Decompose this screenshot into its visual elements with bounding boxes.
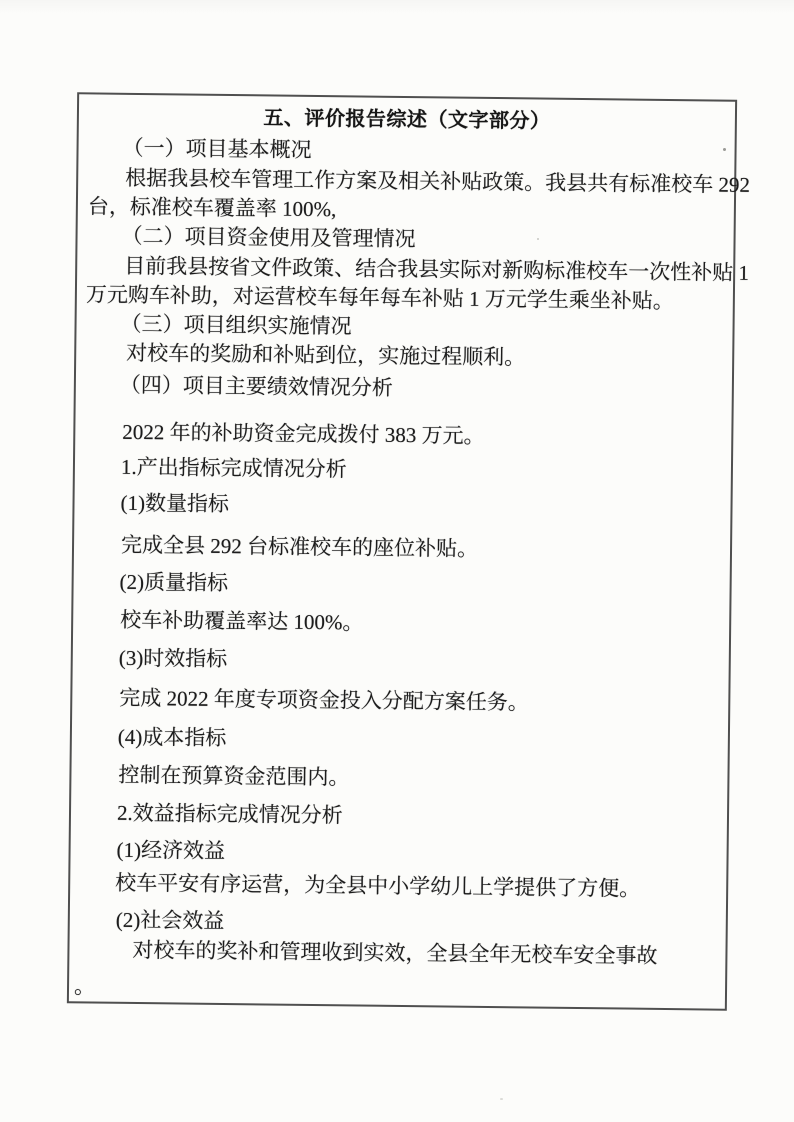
- scan-speck: [723, 148, 726, 151]
- para-economic-benefit: 校车平安有序运营，为全县中小学幼儿上学提供了方便。: [115, 868, 640, 904]
- heading-quality-indicator: (2)质量指标: [119, 567, 228, 598]
- para-cost: 控制在预算资金范围内。: [118, 760, 349, 793]
- heading-cost-indicator: (4)成本指标: [118, 722, 227, 753]
- heading-social-benefit: (2)社会效益: [116, 905, 225, 936]
- heading-performance-analysis: （四）项目主要绩效情况分析: [120, 370, 393, 403]
- para-social-benefit-line2: 。: [74, 971, 95, 1001]
- heading-benefit-indicators: 2.效益指标完成情况分析: [117, 798, 343, 831]
- heading-economic-benefit: (1)经济效益: [116, 835, 225, 866]
- heading-quantity-indicator: (1)数量指标: [120, 488, 229, 519]
- para-quantity: 完成全县 292 台标准校车的座位补贴。: [121, 530, 478, 564]
- para-overview-line2: 台，标准校车覆盖率 100%,: [88, 191, 337, 224]
- para-timeliness: 完成 2022 年度专项资金投入分配方案任务。: [119, 683, 529, 718]
- heading-output-indicators: 1.产出指标完成情况分析: [121, 452, 347, 485]
- heading-project-overview: （一）项目基本概况: [122, 133, 311, 165]
- scanned-document-page: 五、评价报告综述（文字部分） （一）项目基本概况 根据我县校车管理工作方案及相关…: [0, 0, 794, 1122]
- report-border-box: 五、评价报告综述（文字部分） （一）项目基本概况 根据我县校车管理工作方案及相关…: [67, 92, 737, 1010]
- scan-speck: [500, 1098, 503, 1100]
- heading-implementation: （三）项目组织实施情况: [120, 309, 351, 342]
- heading-funds-usage: （二）项目资金使用及管理情况: [121, 221, 415, 254]
- para-funding-2022: 2022 年的补助资金完成拨付 383 万元。: [122, 417, 485, 451]
- heading-timeliness-indicator: (3)时效指标: [119, 643, 228, 674]
- para-implementation: 对校车的奖励和补贴到位，实施过程顺利。: [126, 338, 525, 373]
- para-social-benefit-line1: 对校车的奖补和管理收到实效，全县全年无校车安全事故: [132, 935, 657, 971]
- para-quality: 校车补助覆盖率达 100%。: [120, 605, 364, 638]
- scan-speck: [537, 238, 539, 240]
